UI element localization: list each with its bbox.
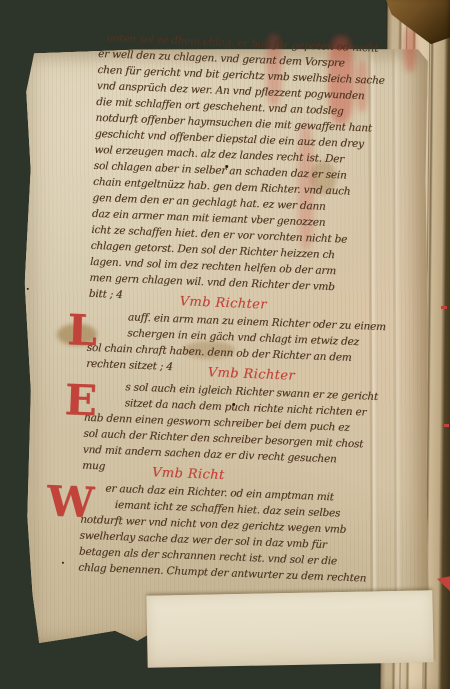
paragraph-es-sol: E s sol auch ein igleich Richter swann e… bbox=[82, 378, 419, 487]
initial-letter-E: E bbox=[64, 378, 97, 423]
paragraph-main: noten sol ze dhein chlag. er hab für gep… bbox=[89, 30, 433, 315]
paper-patch bbox=[146, 590, 433, 667]
text-block: noten sol ze dhein chlag. er hab für gep… bbox=[78, 30, 433, 588]
paragraph-wer-auch: W er auch daz ein Richter. od ein amptma… bbox=[78, 480, 415, 589]
paragraph-lauff: L auff. ein arm man zu einem Richter ode… bbox=[86, 308, 422, 385]
ink-speck bbox=[27, 288, 29, 290]
ink-speck bbox=[24, 628, 29, 632]
manuscript-photo: noten sol ze dhein chlag. er hab für gep… bbox=[0, 0, 450, 689]
rubric-heading: Vmb Richter bbox=[179, 294, 267, 312]
initial-letter-L: L bbox=[67, 308, 98, 353]
red-edge-mark bbox=[444, 424, 449, 427]
rubric-heading: Vmb Richt bbox=[152, 465, 225, 483]
initial-letter-W: W bbox=[46, 479, 95, 525]
rubric-heading: Vmb Richter bbox=[207, 365, 295, 383]
ink-speck bbox=[62, 562, 64, 564]
red-edge-mark bbox=[441, 306, 447, 309]
